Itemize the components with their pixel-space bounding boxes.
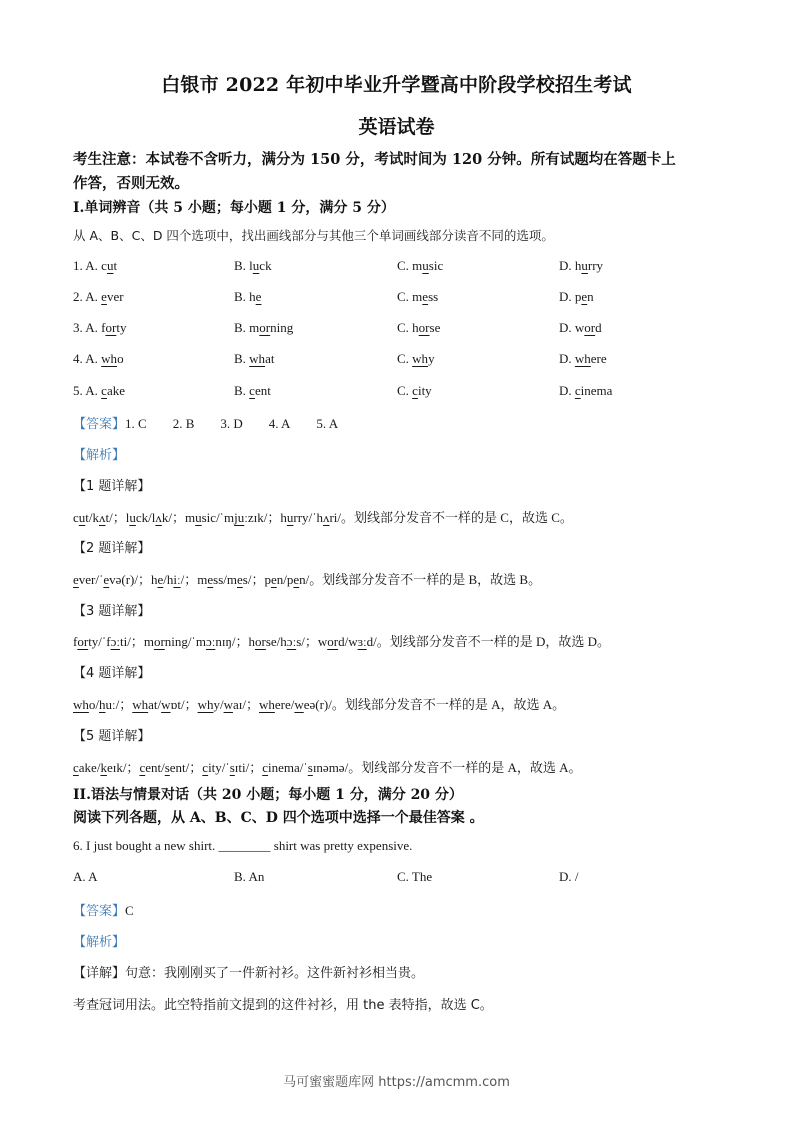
option-a: 2. A. ever [73,289,124,305]
detail-heading: 【3 题详解】 [73,600,150,619]
answer-item: 3. D [220,416,242,432]
detail-text: who/huː/；what/wɒt/；why/waɪ/；where/weə(r)… [73,694,565,713]
underlined-part: ɔː [287,634,296,649]
option-d: D. where [559,351,607,367]
analysis-tag: 【解析】 [73,444,125,463]
watermark-footer: 马可蜜蜜题库网 https://amcmm.com [0,1071,793,1090]
underlined-part: ɔː [111,634,120,649]
underlined-part: ɜː [358,634,367,649]
underlined-part: or [77,634,88,649]
underlined-part: ɔː [206,634,215,649]
underlined-part: k [100,760,107,775]
underlined-part: wh [132,697,148,712]
underlined-part: ʌ [155,510,162,525]
detail-tag: 【详解】 [73,966,125,981]
underlined-part: wh [101,351,117,366]
option-a: A. A [73,869,98,885]
option-d: D. word [559,320,602,336]
option-c: C. why [397,351,435,367]
underlined-part: u [253,258,260,273]
question-row: 3. A. forty B. morning C. horse D. word [73,320,733,338]
underlined-part: u [129,510,136,525]
answer-tag: 【答案】 [73,417,125,432]
underlined-part: c [262,760,268,775]
answer-value: C [125,903,134,918]
question-row: 4. A. who B. what C. why D. where [73,351,733,369]
option-c: C. music [397,258,443,274]
answer-item: 2. B [173,416,195,432]
underlined-part: e [73,572,79,587]
option-d: D. pen [559,289,594,305]
question-row: 1. A. cut B. luck C. music D. hurry [73,258,733,276]
notice-line-1: 考生注意：本试卷不含听力，满分为 150 分，考试时间为 120 分钟。所有试题… [73,148,676,169]
underlined-part: or [259,320,270,335]
notice-line-2: 作答，否则无效。 [73,172,189,193]
section2-heading: II.语法与情景对话（共 20 小题；每小题 1 分，满分 20 分） [73,784,463,804]
underlined-part: e [271,572,277,587]
underlined-part: wh [575,351,591,366]
underlined-part: ju [234,510,244,525]
underlined-part: e [157,572,163,587]
underlined-part: e [293,572,299,587]
option-d: D. cinema [559,383,612,399]
underlined-part: w [224,697,233,712]
option-a: 3. A. forty [73,320,126,336]
underlined-part: or [584,320,595,335]
option-c: C. mess [397,289,438,305]
section1-heading: I.单词辨音（共 5 小题；每小题 1 分，满分 5 分） [73,197,395,217]
underlined-part: ʌ [323,510,330,525]
option-d: D. hurry [559,258,603,274]
underlined-part: e [256,289,262,304]
underlined-part: wh [73,697,89,712]
underlined-part: c [101,383,107,398]
underlined-part: or [106,320,117,335]
option-d: D. / [559,869,579,885]
option-a: 5. A. cake [73,383,125,399]
option-b: B. luck [234,258,272,274]
question-row: 5. A. cake B. cent C. city D. cinema [73,383,733,401]
question-6-options: A. A B. An C. The D. / [73,869,733,887]
exam-page: 白银市 2022 年初中毕业升学暨高中阶段学校招生考试 英语试卷 考生注意：本试… [0,0,793,1122]
underlined-part: iː [173,572,180,587]
underlined-part: or [419,320,430,335]
section2-instruction: 阅读下列各题，从 A、B、C、D 四个选项中选择一个最佳答案 。 [73,807,484,827]
underlined-part: wh [259,697,275,712]
q6-detail: 【详解】句意：我刚刚买了一件新衬衫。这件新衬衫相当贵。 [73,962,424,981]
detail-heading: 【2 题详解】 [73,537,150,556]
analysis-tag: 【解析】 [73,931,125,950]
option-c: C. horse [397,320,440,336]
underlined-part: w [161,697,170,712]
option-b: B. cent [234,383,271,399]
underlined-part: s [230,760,235,775]
detail-heading: 【1 题详解】 [73,475,150,494]
option-b: B. An [234,869,264,885]
answer-item: 5. A [316,416,338,432]
underlined-part: h [99,697,106,712]
underlined-part: e [581,289,587,304]
underlined-part: u [79,510,86,525]
underlined-part: u [581,258,588,273]
option-a: 1. A. cut [73,258,117,274]
underlined-part: or [154,634,165,649]
underlined-part: e [237,572,243,587]
underlined-part: c [249,383,255,398]
option-c: C. city [397,383,432,399]
option-b: B. he [234,289,261,305]
underlined-part: s [308,760,313,775]
underlined-part: c [575,383,581,398]
answer-item: 1. C [125,416,147,432]
underlined-part: wh [249,351,265,366]
underlined-part: e [207,572,213,587]
detail-text: ever/ˈevə(r)/；he/hiː/；mess/mes/；pen/pen/… [73,569,541,588]
underlined-part: e [103,572,109,587]
option-b: B. what [234,351,274,367]
underlined-part: u [107,258,114,273]
answer-item: 4. A [269,416,291,432]
underlined-part: u [195,510,202,525]
question-row: 2. A. ever B. he C. mess D. pen [73,289,733,307]
exam-subtitle: 英语试卷 [0,112,793,139]
underlined-part: c [202,760,208,775]
underlined-part: c [412,383,418,398]
q6-answer-line: 【答案】C [73,900,134,919]
underlined-part: c [139,760,145,775]
question-6-stem: 6. I just bought a new shirt. ________ s… [73,838,412,854]
underlined-part: c [73,760,79,775]
detail-text: cut/kʌt/；luck/lʌk/；music/ˈmjuːzɪk/；hurry… [73,507,573,526]
detail-text: 句意：我刚刚买了一件新衬衫。这件新衬衫相当贵。 [125,966,424,981]
underlined-part: ʌ [99,510,106,525]
detail-text: forty/ˈfɔːti/；morning/ˈmɔːnɪŋ/；horse/hɔː… [73,631,610,650]
option-a: 4. A. who [73,351,124,367]
underlined-part: u [287,510,294,525]
detail-heading: 【4 题详解】 [73,662,150,681]
underlined-part: wh [198,697,214,712]
answer-tag: 【答案】 [73,904,125,919]
underlined-part: u [422,258,429,273]
underlined-part: w [294,697,303,712]
q6-explanation: 考查冠词用法。此空特指前文提到的这件衬衫，用 the 表特指，故选 C。 [73,994,493,1013]
option-b: B. morning [234,320,293,336]
answer-line: 【答案】1. C2. B3. D4. A5. A [73,413,364,432]
underlined-part: or [327,634,338,649]
underlined-part: e [422,289,428,304]
detail-text: cake/keɪk/；cent/sent/；city/ˈsɪti/；cinema… [73,757,581,776]
underlined-part: e [101,289,107,304]
option-c: C. The [397,869,432,885]
detail-heading: 【5 题详解】 [73,725,150,744]
section1-instruction: 从 A、B、C、D 四个选项中，找出画线部分与其他三个单词画线部分读音不同的选项… [73,226,554,244]
underlined-part: s [165,760,170,775]
exam-title: 白银市 2022 年初中毕业升学暨高中阶段学校招生考试 [0,70,793,97]
underlined-part: or [255,634,266,649]
underlined-part: wh [412,351,428,366]
